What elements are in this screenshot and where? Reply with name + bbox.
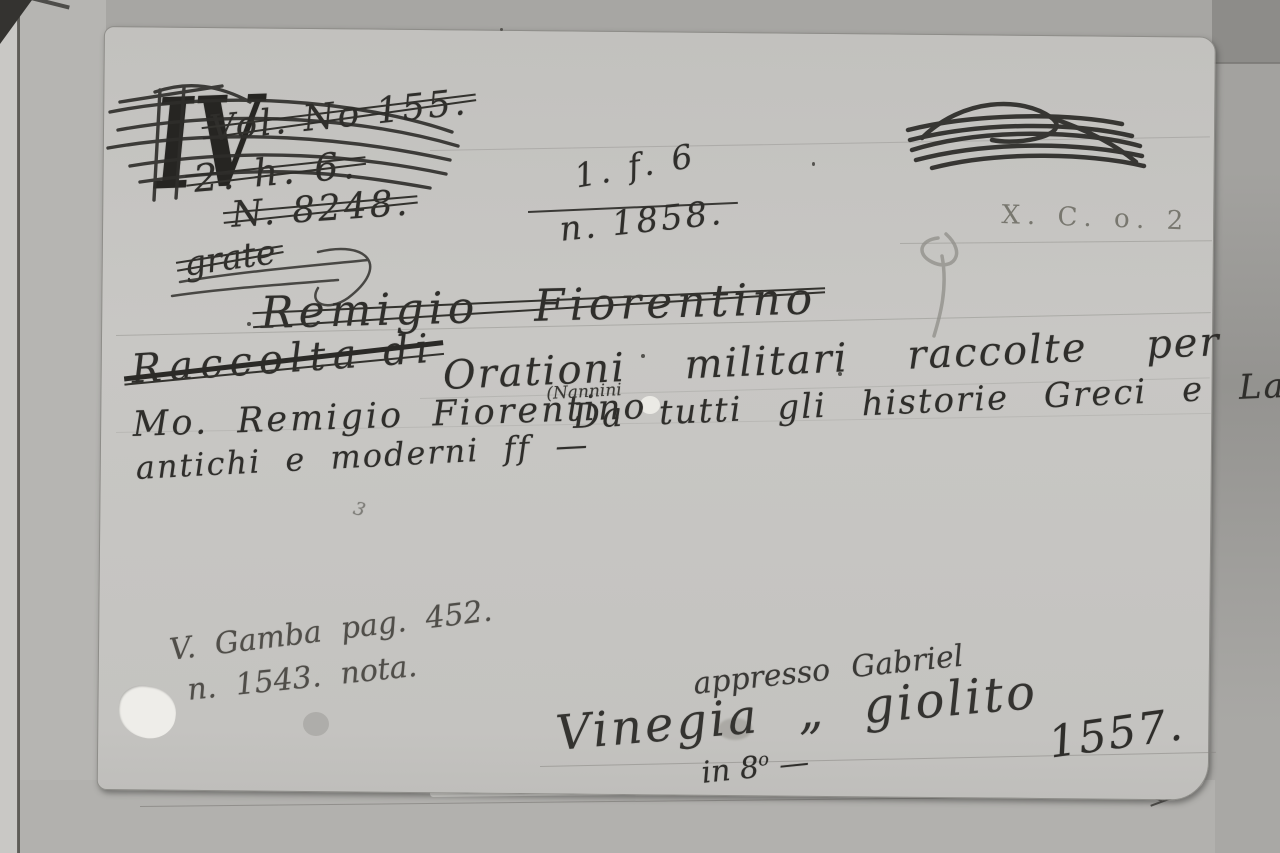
imprint-format-dash: — (768, 745, 811, 784)
ink-speck (812, 162, 815, 166)
scanned-catalog-card-photo: IV Vol. No 155. 2. h. 6. N. 8248. grate … (0, 0, 1280, 853)
scribble-overlay (100, 72, 480, 242)
backdrop-right-strip (1212, 0, 1280, 853)
backdrop-right-fold-line (1212, 62, 1280, 64)
ink-speck (838, 372, 842, 376)
pencil-shelfmark: X. C. o. 2 (1001, 202, 1191, 235)
pencil-squiggle (898, 228, 988, 343)
scratched-out-word-scribble (902, 88, 1152, 183)
imprint-format-pre: in 8 (700, 750, 761, 791)
paper-spot (303, 712, 329, 736)
ink-speck (641, 354, 645, 358)
ink-speck (500, 28, 503, 31)
ink-speck (247, 322, 251, 326)
backdrop-left-inner-strip (20, 0, 106, 853)
backdrop-left-outer-strip (0, 0, 18, 853)
